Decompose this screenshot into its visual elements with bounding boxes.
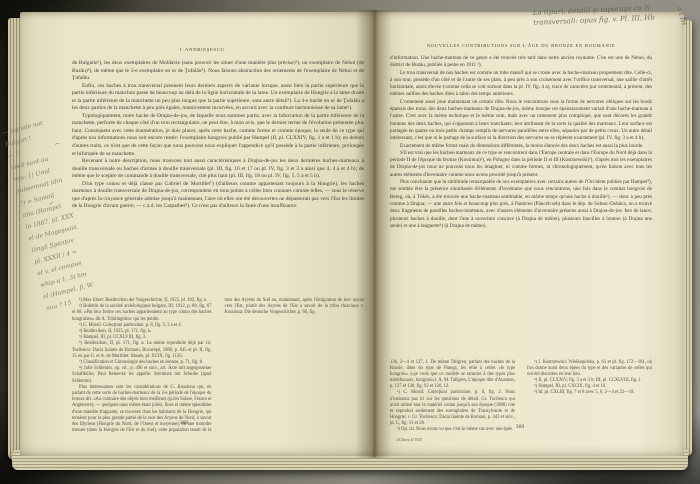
paragraph: d'information. Une hache-marteau de ce g… — [390, 55, 652, 70]
right-page-body: d'information. Une hache-marteau de ce g… — [390, 55, 652, 355]
footnote: ⁶) Reallexikon, II, pl. 171, fig. a. La … — [72, 341, 212, 360]
footnote: ³) J. Kostrzewski: Wielkopolska, p. 61 e… — [527, 360, 652, 378]
footnote: ⁶) Id. pl. CXLIII, fig. 7 et 8 avec 5, 6… — [527, 390, 652, 396]
footnote: 126, 2—4 et 127, 1. De même Tallgren, pa… — [390, 360, 515, 390]
footnote: ²) Bulletin de la société archéologique … — [72, 304, 212, 323]
paragraph: D'un type connu et déjà classé par Gabri… — [72, 181, 364, 211]
paragraph: L'ornement aussi joue maintenant un cert… — [390, 99, 652, 143]
footnote: ⁸) Julie Schlemm, op. cit., p. 490 et su… — [72, 366, 212, 385]
paragraph: Le trou transversal de nos haches est co… — [390, 70, 652, 99]
paragraph: de Bulgarie¹), les deux exemplaires de M… — [72, 60, 364, 83]
running-head-right: NOUVELLES CONTRIBUTIONS SUR L'ÂGE DU BRO… — [390, 43, 652, 48]
printer-signature-mark: 24 Dacia II 1925 — [396, 438, 422, 442]
page-number-right: 369 — [490, 424, 550, 430]
paragraph: Plus concluante que la similitude remarq… — [390, 179, 652, 230]
paragraph: Typologiquement, notre hache de Drajna-d… — [72, 113, 364, 158]
page-number-left: 368 — [154, 420, 214, 426]
paragraph: S'il est vrai que les haches-marteaux de… — [390, 150, 652, 179]
paragraph: Exactement de même forme mais de dimensi… — [390, 143, 652, 150]
left-page-footnotes: ¹) Max Ebert: Reallexikon der Vorgeschic… — [72, 298, 364, 438]
running-head-left: I. ANDRIEŞESCU — [62, 47, 342, 52]
scanned-book-photo: I. ANDRIEŞESCU NOUVELLES CONTRIBUTIONS S… — [0, 0, 700, 484]
left-page-body: de Bulgarie¹), les deux exemplaires de M… — [72, 60, 364, 292]
paragraph: Revenant à notre description, nous trouv… — [72, 158, 364, 181]
footnote: ¹) C. Moisil: Colecţiuni particulare, p.… — [390, 390, 515, 427]
paragraph: Enfin, ces haches à trou transversal pre… — [72, 83, 364, 113]
open-book-spread: I. ANDRIEŞESCU NOUVELLES CONTRIBUTIONS S… — [8, 10, 694, 470]
